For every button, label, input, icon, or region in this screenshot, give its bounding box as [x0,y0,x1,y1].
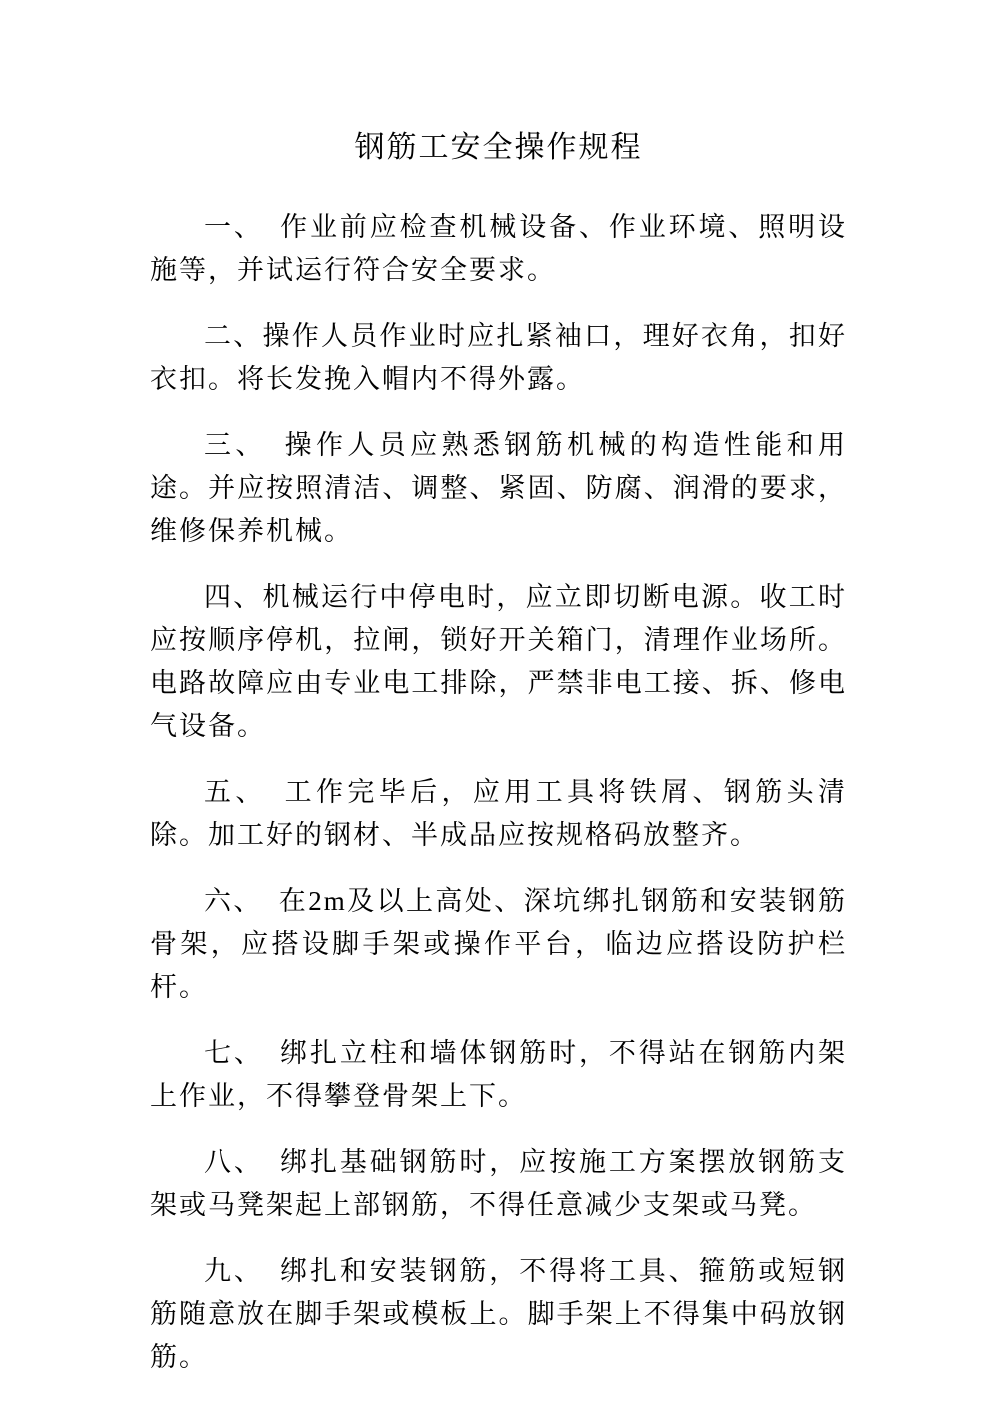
paragraph-rule-2: 二、操作人员作业时应扎紧袖口，理好衣角，扣好衣扣。将长发挽入帽内不得外露。 [150,315,847,401]
paragraph-rule-4: 四、机械运行中停电时，应立即切断电源。收工时应按顺序停机，拉闸，锁好开关箱门，清… [150,576,847,748]
paragraph-rule-7: 七、 绑扎立柱和墙体钢筋时，不得站在钢筋内架上作业，不得攀登骨架上下。 [150,1032,847,1118]
paragraph-rule-9: 九、 绑扎和安装钢筋，不得将工具、箍筋或短钢筋随意放在脚手架或模板上。脚手架上不… [150,1250,847,1379]
paragraph-rule-1: 一、 作业前应检查机械设备、作业环境、照明设施等，并试运行符合安全要求。 [150,206,847,292]
document-page: 钢筋工安全操作规程 一、 作业前应检查机械设备、作业环境、照明设施等，并试运行符… [0,0,993,1404]
paragraph-rule-8: 八、 绑扎基础钢筋时，应按施工方案摆放钢筋支架或马凳架起上部钢筋，不得任意减少支… [150,1141,847,1227]
paragraph-rule-3: 三、 操作人员应熟悉钢筋机械的构造性能和用途。并应按照清洁、调整、紧固、防腐、润… [150,424,847,553]
paragraph-rule-6: 六、 在2m及以上高处、深坑绑扎钢筋和安装钢筋骨架，应搭设脚手架或操作平台，临边… [150,880,847,1009]
paragraph-rule-5: 五、 工作完毕后，应用工具将铁屑、钢筋头清除。加工好的钢材、半成品应按规格码放整… [150,771,847,857]
document-title: 钢筋工安全操作规程 [150,130,847,166]
